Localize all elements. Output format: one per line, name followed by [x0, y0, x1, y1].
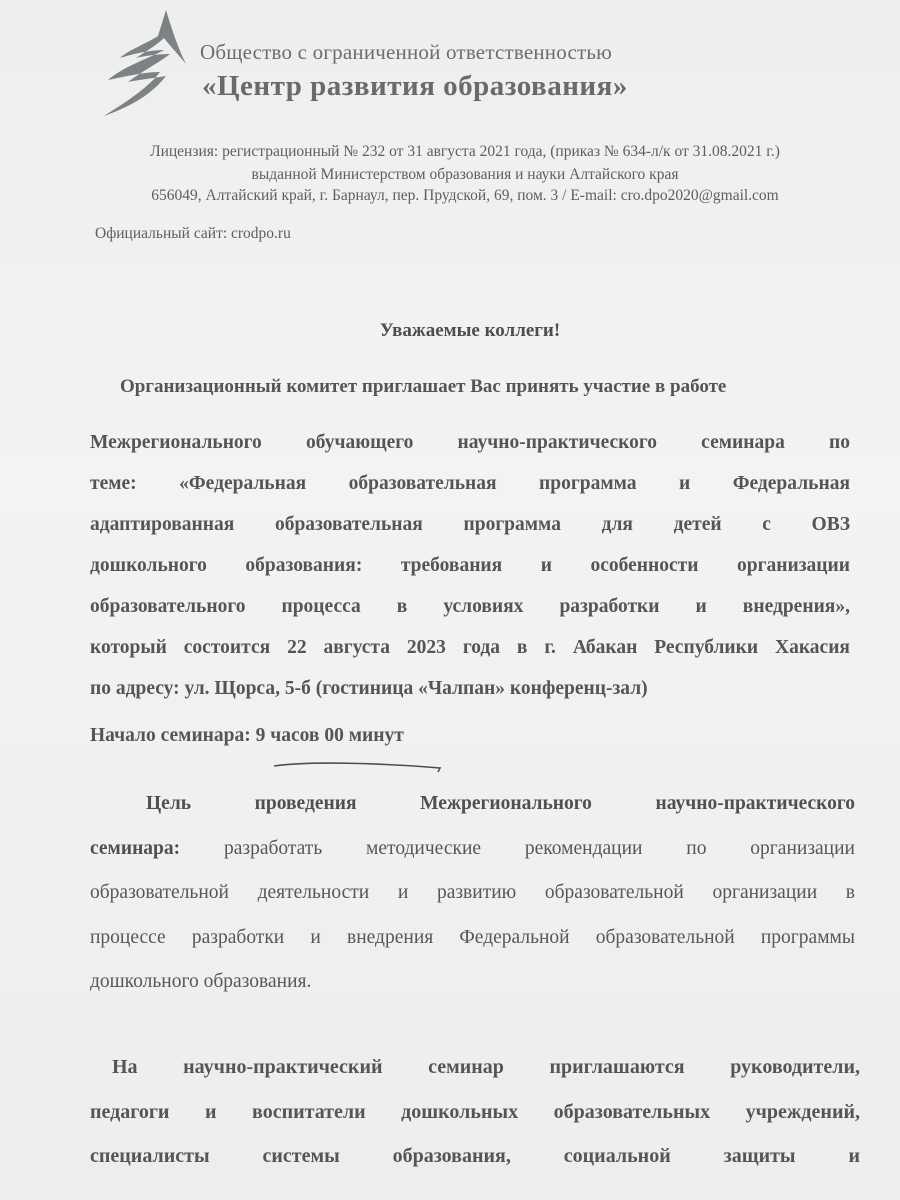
- goal-label-cont: семинара:: [90, 838, 180, 859]
- invited-line: педагоги и воспитатели дошкольных образо…: [90, 1090, 860, 1135]
- seminar-line: Межрегионального обучающего научно-практ…: [90, 422, 850, 463]
- seminar-line: который состоится 22 августа 2023 года в…: [90, 627, 850, 668]
- address-line: 656049, Алтайский край, г. Барнаул, пер.…: [100, 187, 830, 205]
- invited-participants: На научно-практический семинар приглашаю…: [90, 1045, 860, 1179]
- tree-logo-icon: [98, 6, 208, 121]
- seminar-line: по адресу: ул. Щорса, 5-б (гостиница «Ча…: [90, 668, 850, 709]
- license-issuer-line: выданной Министерством образования и нау…: [95, 166, 835, 184]
- document-page: Общество с ограниченной ответственностью…: [0, 0, 900, 1200]
- goal-line: образовательной деятельности и развитию …: [90, 871, 855, 916]
- goal-line: Цель проведения Межрегионального научно-…: [90, 782, 855, 827]
- goal-label: Цель проведения Межрегионального научно-…: [146, 793, 855, 814]
- handwritten-underline-icon: [270, 758, 450, 778]
- invitation-line: Организационный комитет приглашает Вас п…: [120, 376, 726, 398]
- invited-line: На научно-практический семинар приглашаю…: [90, 1045, 860, 1090]
- website-line: Официальный сайт: crodpo.ru: [95, 225, 291, 243]
- goal-line: процессе разработки и внедрения Федераль…: [90, 916, 855, 961]
- goal-line: дошкольного образования.: [90, 960, 855, 1005]
- seminar-goal: Цель проведения Межрегионального научно-…: [90, 782, 855, 1005]
- license-line: Лицензия: регистрационный № 232 от 31 ав…: [95, 143, 835, 161]
- seminar-line: образовательного процесса в условиях раз…: [90, 586, 850, 627]
- greeting-heading: Уважаемые коллеги!: [0, 320, 900, 342]
- start-label: Начало семинара:: [90, 725, 251, 746]
- org-legal-form: Общество с ограниченной ответственностью: [200, 40, 612, 65]
- seminar-line: теме: «Федеральная образовательная прогр…: [90, 463, 850, 504]
- org-name: «Центр развития образования»: [202, 70, 628, 103]
- seminar-line: адаптированная образовательная программа…: [90, 504, 850, 545]
- start-time: 9 часов 00 минут: [256, 725, 404, 746]
- goal-line: семинара: разработать методические реком…: [90, 827, 855, 872]
- seminar-line: дошкольного образования: требования и ос…: [90, 545, 850, 586]
- seminar-description: Межрегионального обучающего научно-практ…: [90, 422, 850, 709]
- invited-line: специалисты системы образования, социаль…: [90, 1134, 860, 1179]
- seminar-start: Начало семинара: 9 часов 00 минут: [90, 725, 404, 747]
